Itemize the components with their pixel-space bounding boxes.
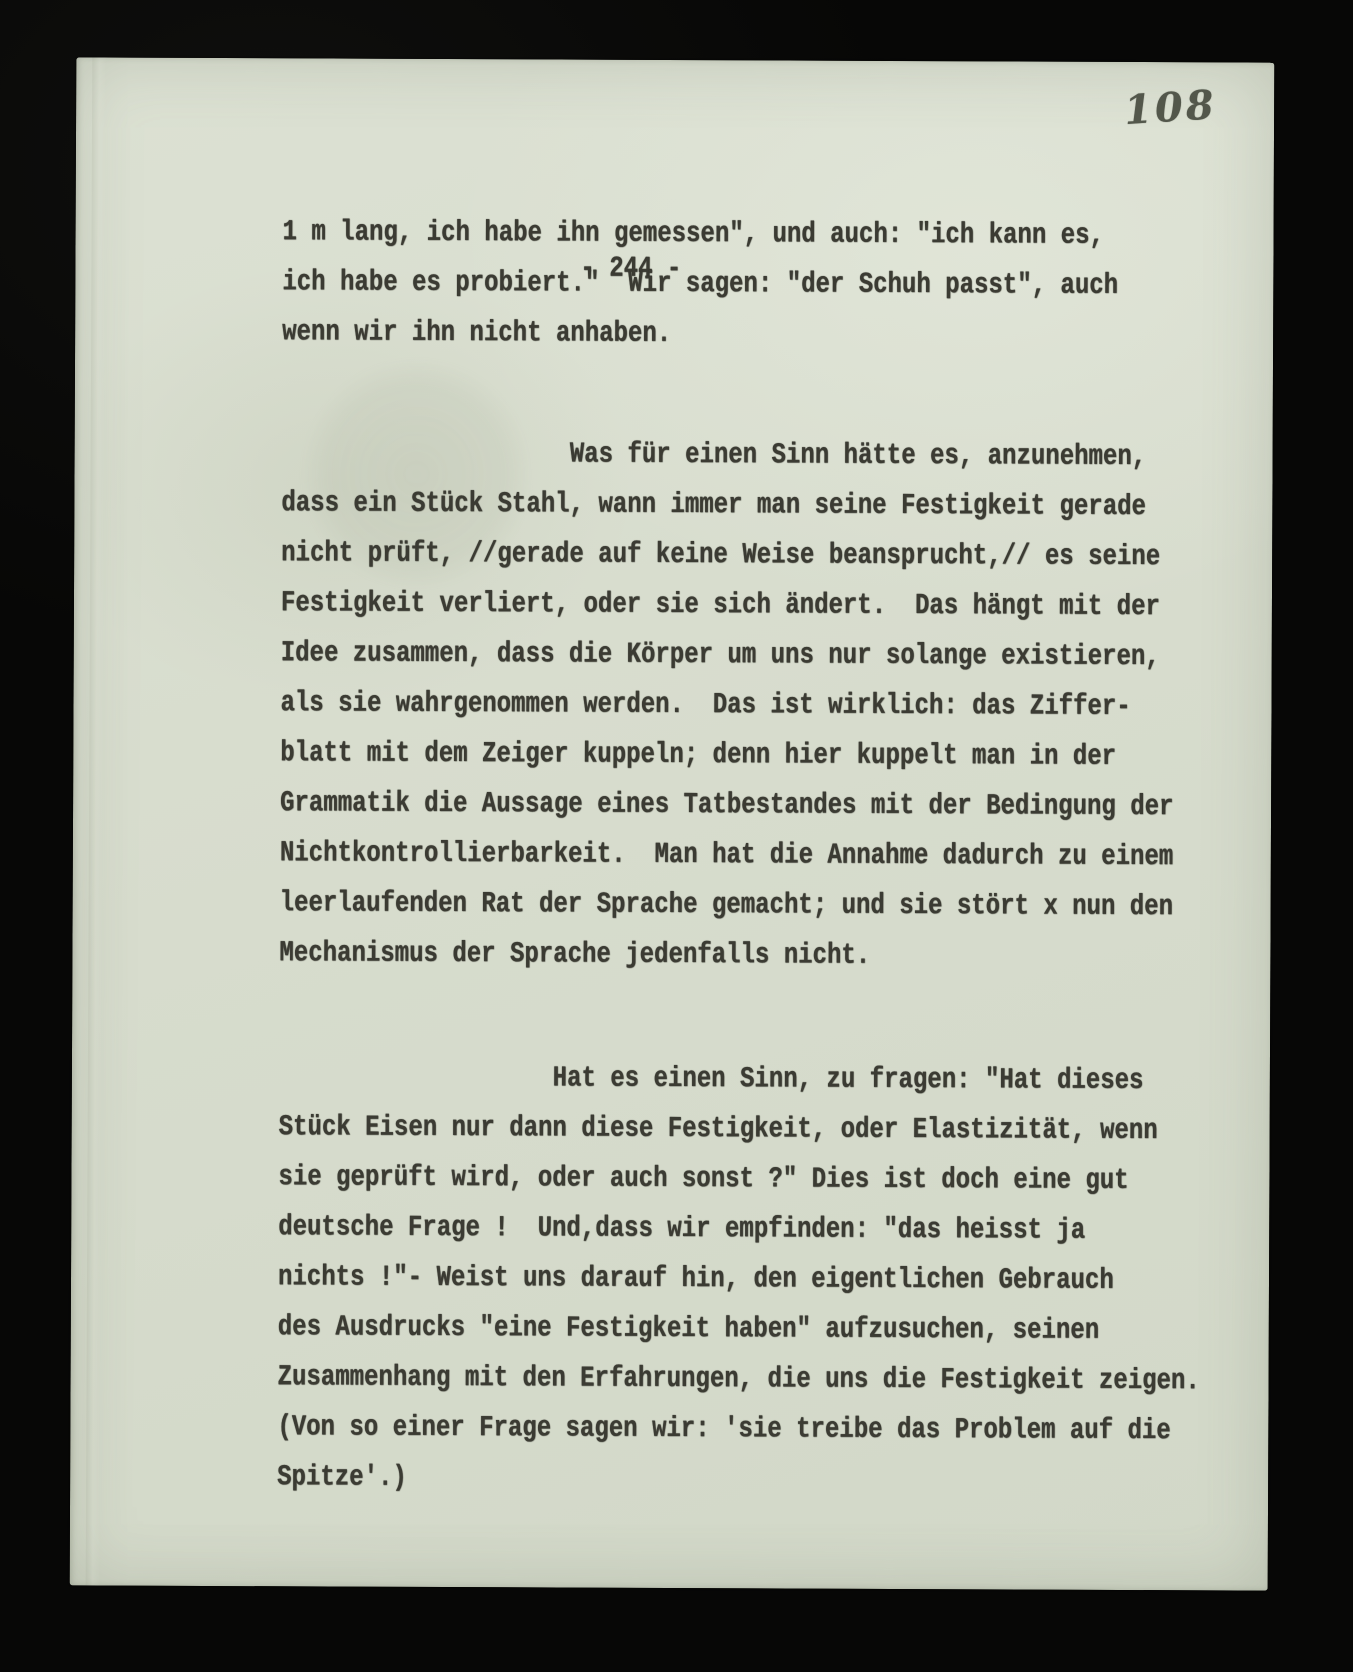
typescript-line: ich habe es probiert." Wir sagen: "der S…	[282, 257, 1118, 311]
typescript-line: blatt mit dem Zeiger kuppeln; denn hier …	[280, 728, 1174, 782]
typescript-line: Nichtkontrollierbarkeit. Man hat die Ann…	[280, 828, 1174, 882]
typescript-line: als sie wahrgenommen werden. Das ist wir…	[280, 678, 1174, 732]
paragraph-3: Hat es einen Sinn, zu fragen: "Hat diese…	[277, 1052, 1353, 1507]
typescript-line: dass ein Stück Stahl, wann immer man sei…	[281, 478, 1175, 532]
typescript-line: nicht prüft, //gerade auf keine Weise be…	[281, 528, 1175, 582]
typescript-line: sie geprüft wird, oder auch sonst ?" Die…	[278, 1152, 1200, 1206]
typescript-line: Grammatik die Aussage eines Tatbestandes…	[280, 778, 1174, 832]
typescript-line: des Ausdrucks "eine Festigkeit haben" au…	[278, 1302, 1200, 1356]
handwritten-folio-number: 108	[1123, 81, 1218, 134]
typescript-line: Zusammenhang mit den Erfahrungen, die un…	[277, 1352, 1199, 1406]
typescript-line: deutsche Frage ! Und,dass wir empfinden:…	[278, 1202, 1200, 1256]
typescript-line: leerlaufenden Rat der Sprache gemacht; u…	[280, 878, 1174, 932]
paragraph-1: 1 m lang, ich habe ihn gemessen", und au…	[282, 207, 1292, 361]
typescript-line: nichts !"- Weist uns darauf hin, den eig…	[278, 1252, 1200, 1306]
typescript-line: Mechanismus der Sprache jedenfalls nicht…	[279, 928, 1173, 982]
typescript-line: 1 m lang, ich habe ihn gemessen", und au…	[282, 207, 1118, 261]
typescript-line: wenn wir ihn nicht anhaben.	[282, 307, 1118, 361]
typescript-line: Festigkeit verliert, oder sie sich änder…	[281, 578, 1175, 632]
paragraph-2: Was für einen Sinn hätte es, anzunehmen,…	[279, 428, 1353, 983]
scan-background: 108 - 244 - 1 m lang, ich habe ihn gemes…	[0, 0, 1353, 1672]
typescript-line: (Von so einer Frage sagen wir: 'sie trei…	[277, 1402, 1199, 1456]
typescript-line: Idee zusammen, dass die Körper um uns nu…	[281, 628, 1175, 682]
typescript-line: Was für einen Sinn hätte es, anzunehmen,	[282, 428, 1176, 482]
typescript-line: Hat es einen Sinn, zu fragen: "Hat diese…	[279, 1052, 1201, 1106]
typescript-line: Stück Eisen nur dann diese Festigkeit, o…	[279, 1102, 1201, 1156]
typescript-line: Spitze'.)	[277, 1452, 1199, 1506]
typescript-page: 108 - 244 - 1 m lang, ich habe ihn gemes…	[70, 57, 1275, 1590]
